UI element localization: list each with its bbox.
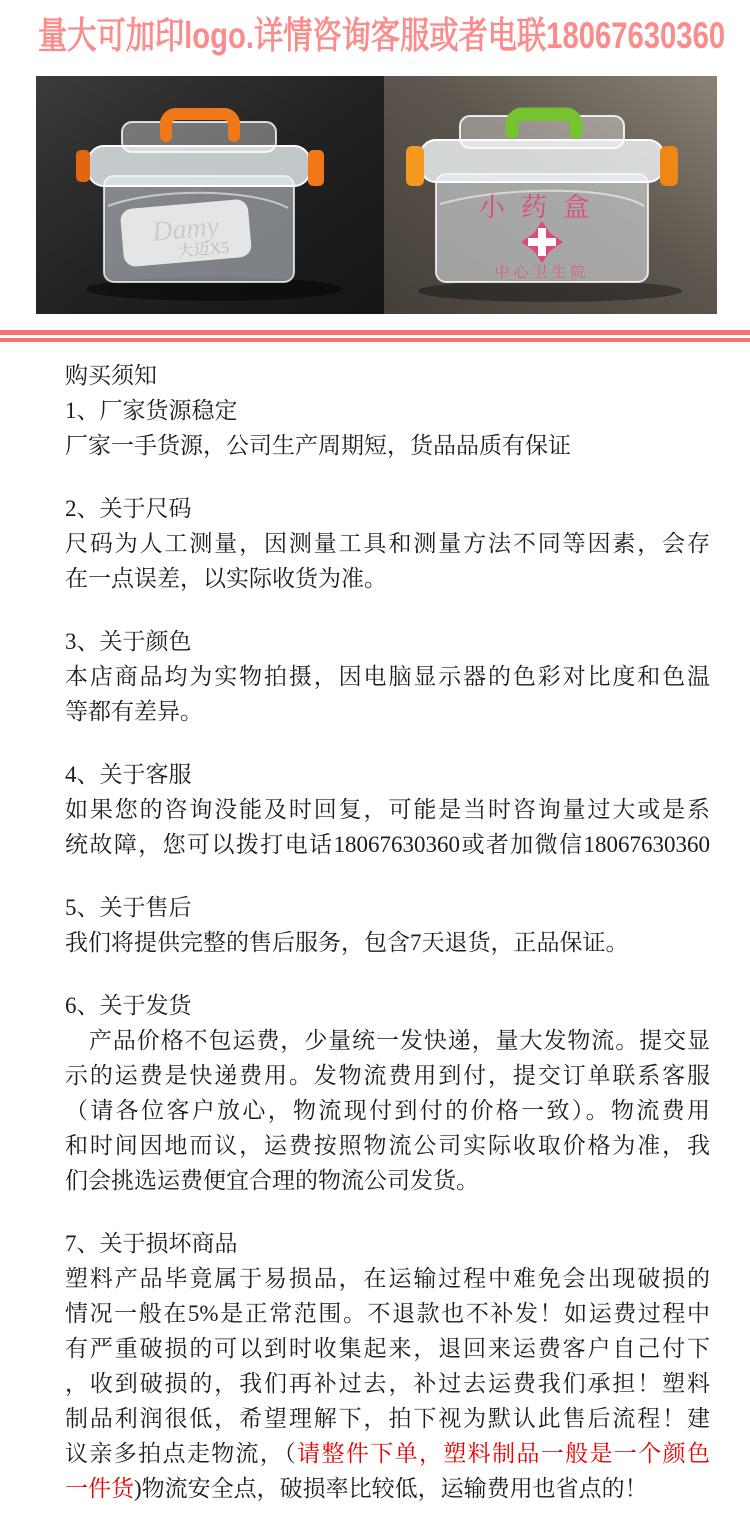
section-body-line: ，收到破损的，我们再补过去，补过去运费我们承担！塑料 [65, 1366, 710, 1401]
mixed-line-red-part: 请整件下单，塑料制品一般是一个颜色 [297, 1441, 710, 1466]
section-heading: 1、厂家货源稳定 [65, 393, 710, 428]
box-label: Damy 大迈X5 [120, 199, 253, 268]
notes-section-2: 2、关于尺码 尺码为人工测量，因测量工具和测量方法不同等因素，会存 在一点误差，… [65, 491, 710, 596]
box-lid-top-plate [460, 116, 624, 148]
section-body-line-mixed: 议亲多拍点走物流，（请整件下单，塑料制品一般是一个颜色 [65, 1436, 710, 1471]
section-body-line: 们会挑选运费便宜合理的物流公司发货。 [65, 1163, 710, 1198]
section-body-line: 如果您的咨询没能及时回复，可能是当时咨询量过大或是系 [65, 792, 710, 827]
notes-section-4: 4、关于客服 如果您的咨询没能及时回复，可能是当时咨询量过大或是系 统故障，您可… [65, 757, 710, 862]
mixed-line-red-part: 一件货 [65, 1476, 134, 1501]
promo-header-text: 量大可加印logo.详情咨询客服或者电联18067630360 [38, 12, 725, 60]
section-body-line: 等都有差异。 [65, 694, 710, 729]
notes-section-5: 5、关于售后 我们将提供完整的售后服务，包含7天退货，正品保证。 [65, 890, 710, 960]
notes-section-7: 7、关于损坏商品 塑料产品毕竟属于易损品，在运输过程中难免会出现破损的 情况一般… [65, 1226, 710, 1506]
section-body-line: 本店商品均为实物拍摄，因电脑显示器的色彩对比度和色温 [65, 659, 710, 694]
section-body-line: 我们将提供完整的售后服务，包含7天退货，正品保证。 [65, 925, 710, 960]
section-body-line: 示的运费是快递费用。发物流费用到付，提交订单联系客服 [65, 1058, 710, 1093]
section-body-line: 在一点误差，以实际收货为准。 [65, 561, 710, 596]
box-lid-top-plate [122, 122, 276, 152]
section-body-line-mixed: 一件货)物流安全点，破损率比较低，运输费用也省点的！ [65, 1471, 710, 1506]
section-body-line: 塑料产品毕竟属于易损品，在运输过程中难免会出现破损的 [65, 1261, 710, 1296]
section-body-line: 和时间因地而议，运费按照物流公司实际收取价格为准，我 [65, 1128, 710, 1163]
product-photo-orange-handle-box: Damy 大迈X5 [36, 76, 384, 314]
purchase-notes-title: 购买须知 [65, 358, 710, 393]
section-body-line: 厂家一手货源，公司生产周期短，货品品质有保证 [65, 428, 710, 463]
product-photo-strip: Damy 大迈X5 小药盒 [36, 76, 717, 314]
box-clip-right [660, 146, 678, 186]
product-photo-medicine-box: 小药盒 中心卫生院 [384, 76, 717, 314]
notes-section-6: 6、关于发货 产品价格不包运费，少量统一发快递，量大发物流。提交显 示的运费是快… [65, 988, 710, 1198]
section-heading: 6、关于发货 [65, 988, 710, 1023]
section-body-line: 有严重破损的可以到时收集起来，退回来运费客户自己付下 [65, 1331, 710, 1366]
section-body-line: （请各位客户放心，物流现付到付的价格一致）。物流费用 [65, 1093, 710, 1128]
section-body-line: 制品利润很低，希望理解下，拍下视为默认此售后流程！建 [65, 1401, 710, 1436]
purchase-notes: 购买须知 1、厂家货源稳定 厂家一手货源，公司生产周期短，货品品质有保证 2、关… [65, 358, 710, 1506]
section-body-line: 产品价格不包运费，少量统一发快递，量大发物流。提交显 [65, 1023, 710, 1058]
box-print-subtitle: 中心卫生院 [494, 264, 589, 281]
section-heading: 5、关于售后 [65, 890, 710, 925]
section-heading: 3、关于颜色 [65, 624, 710, 659]
section-divider [0, 330, 750, 342]
mixed-line-black-part: 议亲多拍点走物流，（ [65, 1441, 297, 1466]
cross-emblem-bar-v [538, 228, 546, 256]
box-print-title: 小药盒 [479, 193, 605, 222]
section-body-line: 尺码为人工测量，因测量工具和测量方法不同等因素，会存 [65, 526, 710, 561]
section-heading: 4、关于客服 [65, 757, 710, 792]
box-shadow [418, 280, 682, 302]
promo-header: 量大可加印logo.详情咨询客服或者电联18067630360 [0, 0, 750, 62]
divider-stripe-bottom [0, 338, 750, 342]
mixed-line-black-part: )物流安全点，破损率比较低，运输费用也省点的！ [134, 1476, 648, 1501]
section-heading: 2、关于尺码 [65, 491, 710, 526]
notes-section-3: 3、关于颜色 本店商品均为实物拍摄，因电脑显示器的色彩对比度和色温 等都有差异。 [65, 624, 710, 729]
section-body-line: 情况一般在5%是正常范围。不退款也不补发！如运费过程中 [65, 1296, 710, 1331]
section-heading: 7、关于损坏商品 [65, 1226, 710, 1261]
box-clip-left [76, 150, 90, 182]
section-body-line: 统故障，您可以拨打电话18067630360或者加微信18067630360 [65, 827, 710, 862]
notes-section-1: 1、厂家货源稳定 厂家一手货源，公司生产周期短，货品品质有保证 [65, 393, 710, 463]
box-clip-left [406, 146, 424, 186]
box-clip-right [308, 150, 324, 186]
